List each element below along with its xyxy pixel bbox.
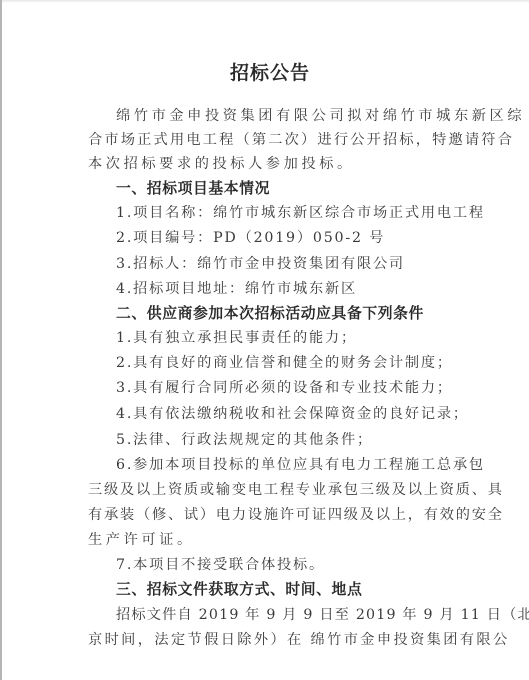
section-2-heading: 二、供应商参加本次招标活动应具备下列条件 bbox=[116, 305, 480, 323]
section-1-item-4: 4.招标项目地址：绵竹市城东新区 bbox=[116, 280, 480, 298]
section-1-item-1: 1.项目名称：绵竹市城东新区综合市场正式用电工程 bbox=[116, 204, 480, 222]
section-2-item-3: 3.具有履行合同所必须的设备和专业技术能力； bbox=[116, 379, 480, 397]
section-1-heading: 一、招标项目基本情况 bbox=[116, 180, 480, 198]
section-2-item-1: 1.具有独立承担民事责任的能力； bbox=[116, 329, 480, 347]
section-2-item-7: 7.本项目不接受联合体投标。 bbox=[116, 556, 480, 574]
section-3-heading: 三、招标文件获取方式、时间、地点 bbox=[116, 581, 480, 599]
section-2-item-6-line-1: 6.参加本项目投标的单位应具有电力工程施工总承包 bbox=[116, 456, 480, 474]
page-left-border bbox=[0, 0, 2, 680]
section-2-item-4: 4.具有依法缴纳税收和社会保障资金的良好记录； bbox=[116, 405, 480, 423]
intro-line-3: 本次招标要求的投标人参加投标。 bbox=[88, 155, 452, 173]
section-2-item-6-line-2: 三级及以上资质或输变电工程专业承包三级及以上资质、具 bbox=[88, 481, 452, 499]
intro-line-2: 合市场正式用电工程（第二次）进行公开招标，特邀请符合 bbox=[88, 131, 452, 149]
section-2-item-6-line-3: 有承装（修、试）电力设施许可证四级及以上，有效的安全 bbox=[88, 506, 452, 524]
section-1-item-2: 2.项目编号：PD（2019）050-2 号 bbox=[116, 229, 480, 247]
section-2-item-5: 5.法律、行政法规规定的其他条件； bbox=[116, 431, 480, 449]
section-1-item-3: 3.招标人：绵竹市金申投资集团有限公司 bbox=[116, 255, 480, 273]
document-title: 招标公告 bbox=[88, 58, 452, 85]
page-top-shadow bbox=[0, 0, 529, 3]
section-3-para-line-2: 京时间，法定节假日除外）在 绵竹市金申投资集团有限公 bbox=[88, 631, 452, 649]
section-2-item-2: 2.具有良好的商业信誉和健全的财务会计制度； bbox=[116, 354, 480, 372]
section-3-para-line-1: 招标文件自 2019 年 9 月 9 日至 2019 年 9 月 11 日（北 bbox=[116, 606, 480, 624]
intro-line-1: 绵竹市金申投资集团有限公司拟对绵竹市城东新区综 bbox=[116, 107, 480, 125]
section-2-item-6-line-4: 生产许可证。 bbox=[88, 531, 452, 549]
